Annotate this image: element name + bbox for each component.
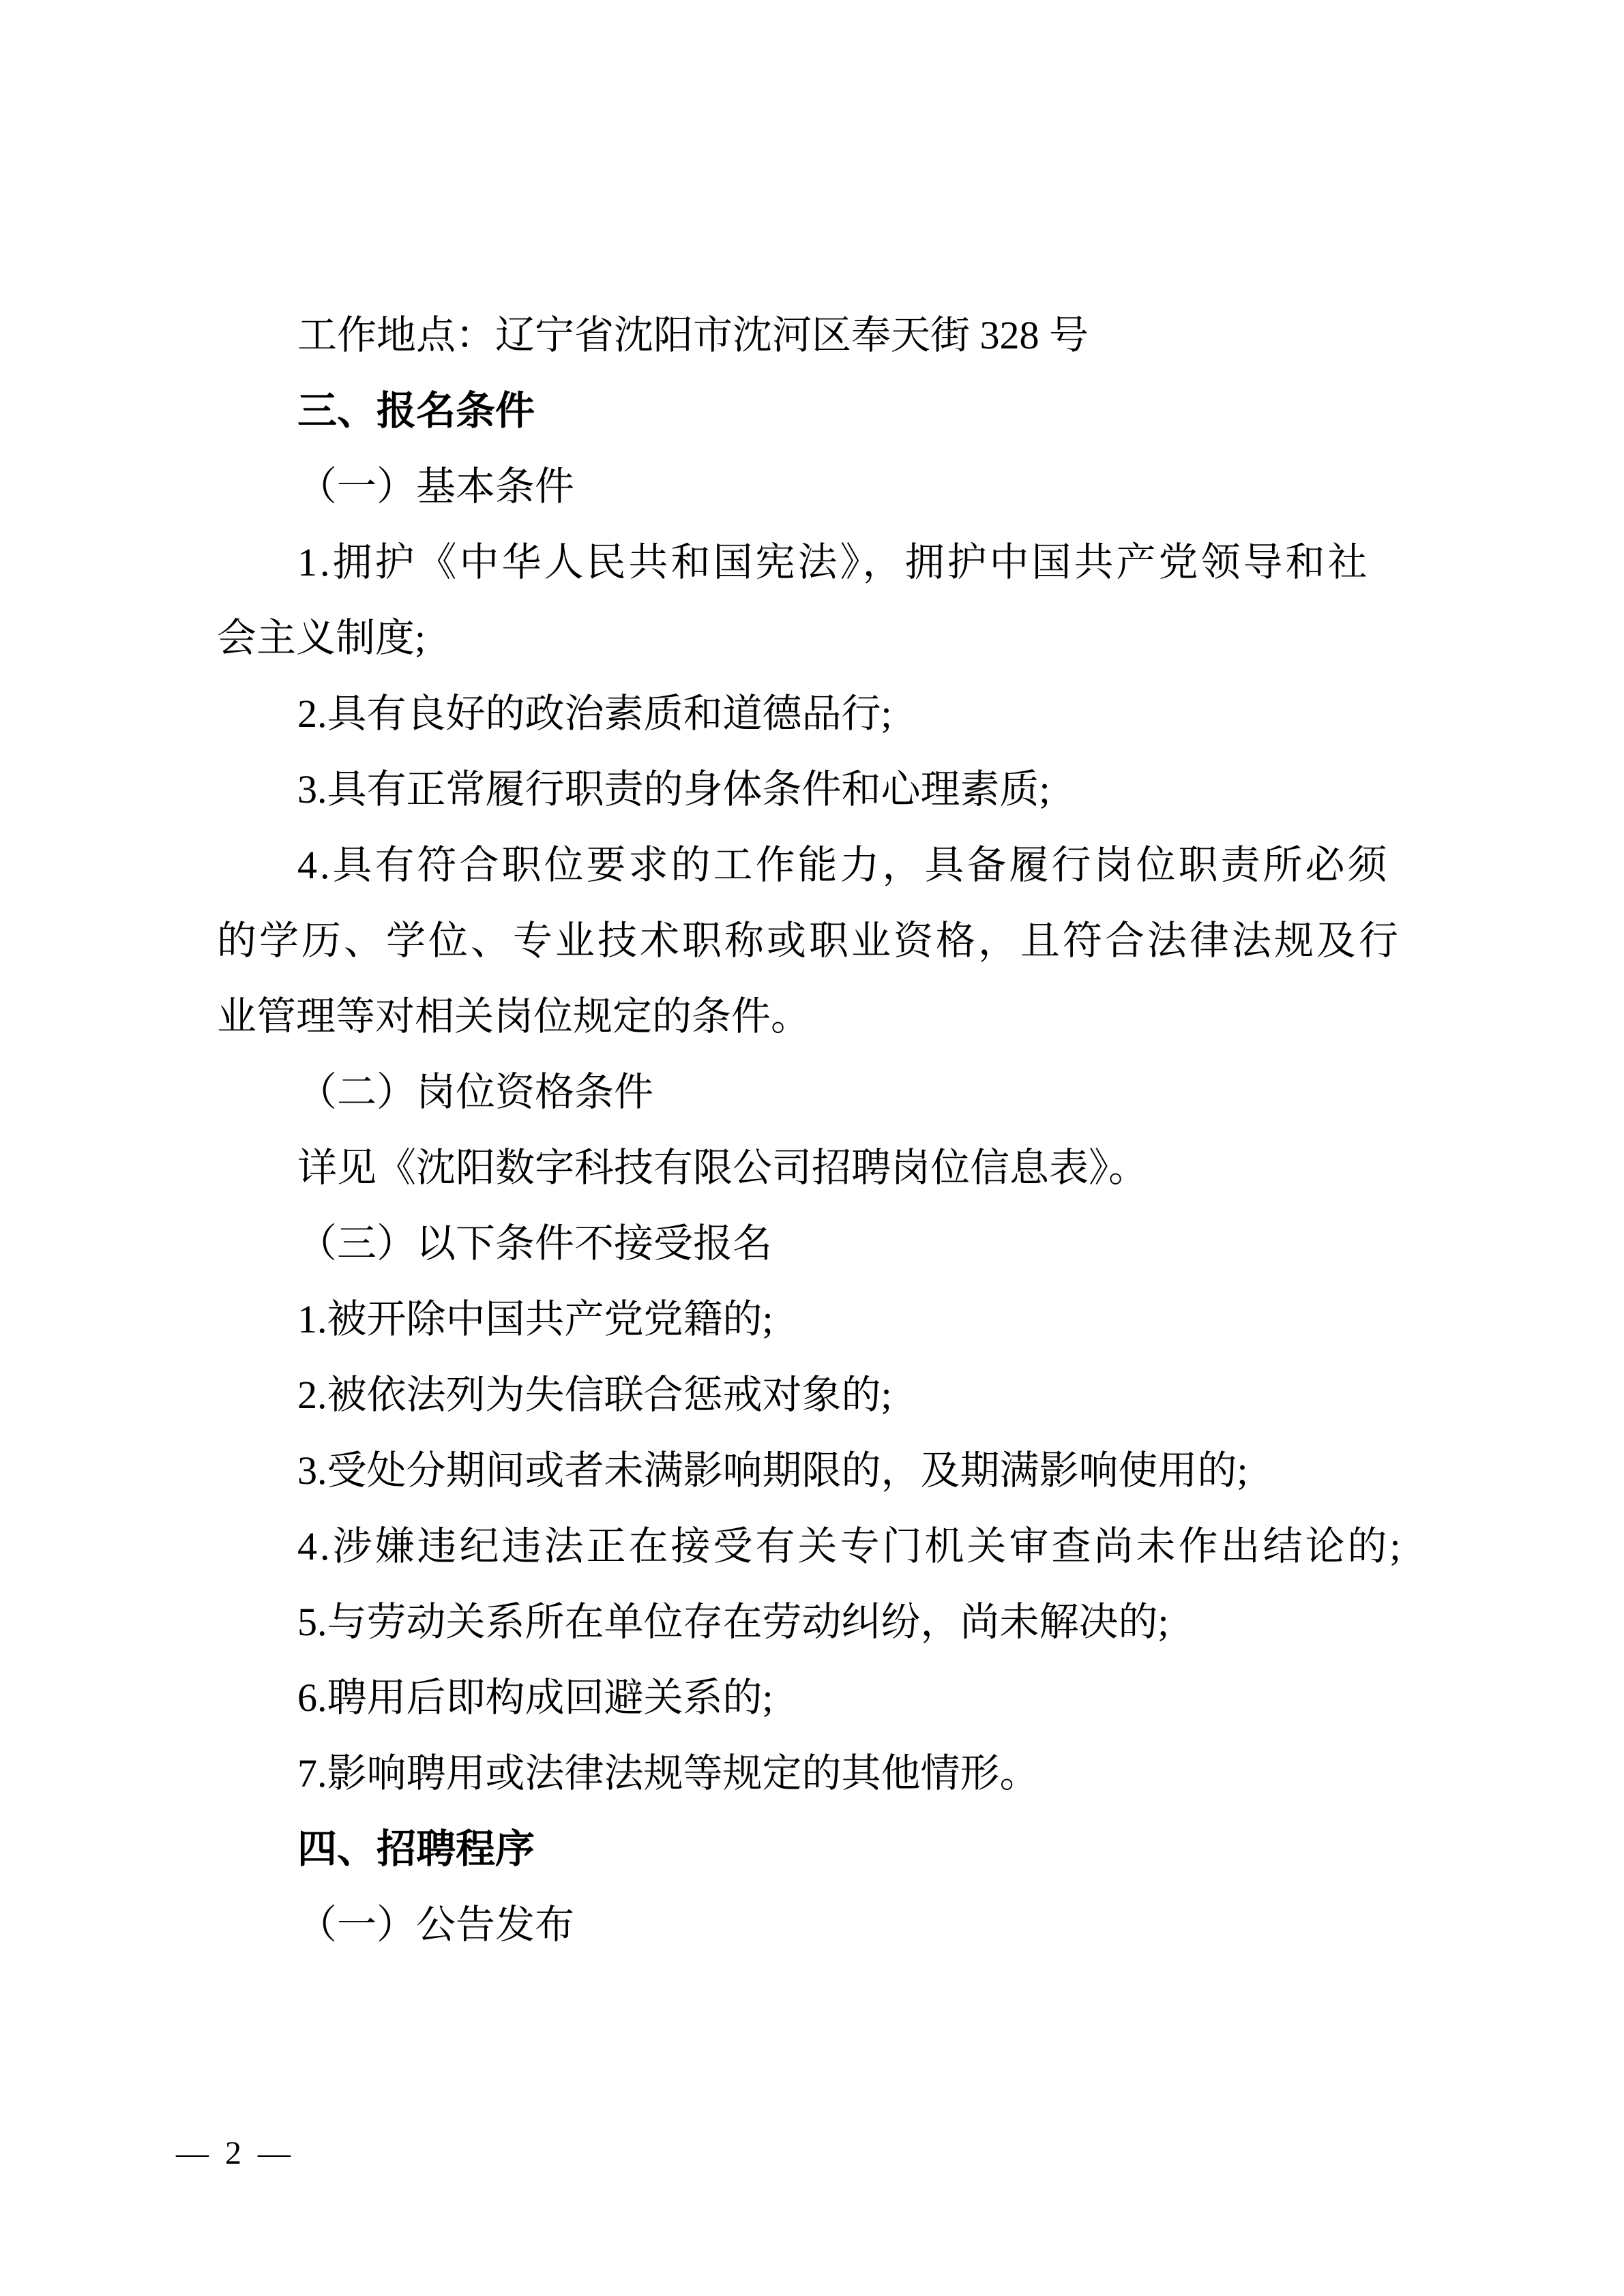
text-line: 业管理等对相关岗位规定的条件。 — [217, 979, 1407, 1054]
page-number-footer: — 2 — — [176, 2126, 295, 2181]
text-line: 2.被依法列为失信联合惩戒对象的; — [217, 1357, 1407, 1433]
text-line: （一）公告发布 — [217, 1887, 1407, 1963]
text-line: （三）以下条件不接受报名 — [217, 1206, 1407, 1281]
text-line: 7.影响聘用或法律法规等规定的其他情形。 — [217, 1735, 1407, 1811]
text-line: 工作地点：辽宁省沈阳市沈河区奉天街 328 号 — [217, 297, 1407, 373]
text-line: 的学历、学位、专业技术职称或职业资格，且符合法律法规及行 — [217, 903, 1407, 979]
text-line: 3.具有正常履行职责的身体条件和心理素质; — [217, 751, 1407, 827]
text-line: 4.涉嫌违纪违法正在接受有关专门机关审查尚未作出结论的; — [217, 1508, 1407, 1584]
text-line: 详见《沈阳数字科技有限公司招聘岗位信息表》。 — [217, 1130, 1407, 1206]
section-heading: 三、报名条件 — [217, 373, 1407, 449]
text-line: （一）基本条件 — [217, 449, 1407, 524]
section-heading: 四、招聘程序 — [217, 1811, 1407, 1887]
text-line: 1.被开除中国共产党党籍的; — [217, 1281, 1407, 1357]
text-line: 3.受处分期间或者未满影响期限的，及期满影响使用的; — [217, 1433, 1407, 1508]
text-line: 会主义制度; — [217, 600, 1407, 676]
text-line: 1.拥护《中华人民共和国宪法》，拥护中国共产党领导和社 — [217, 524, 1407, 600]
text-line: 2.具有良好的政治素质和道德品行; — [217, 676, 1407, 751]
text-line: 6.聘用后即构成回避关系的; — [217, 1660, 1407, 1735]
text-line: 5.与劳动关系所在单位存在劳动纠纷，尚未解决的; — [217, 1584, 1407, 1660]
text-line: （二）岗位资格条件 — [217, 1054, 1407, 1130]
document-body: 工作地点：辽宁省沈阳市沈河区奉天街 328 号三、报名条件（一）基本条件1.拥护… — [217, 297, 1407, 1963]
document-page: 工作地点：辽宁省沈阳市沈河区奉天街 328 号三、报名条件（一）基本条件1.拥护… — [0, 0, 1624, 2296]
text-line: 4.具有符合职位要求的工作能力，具备履行岗位职责所必须 — [217, 827, 1407, 903]
